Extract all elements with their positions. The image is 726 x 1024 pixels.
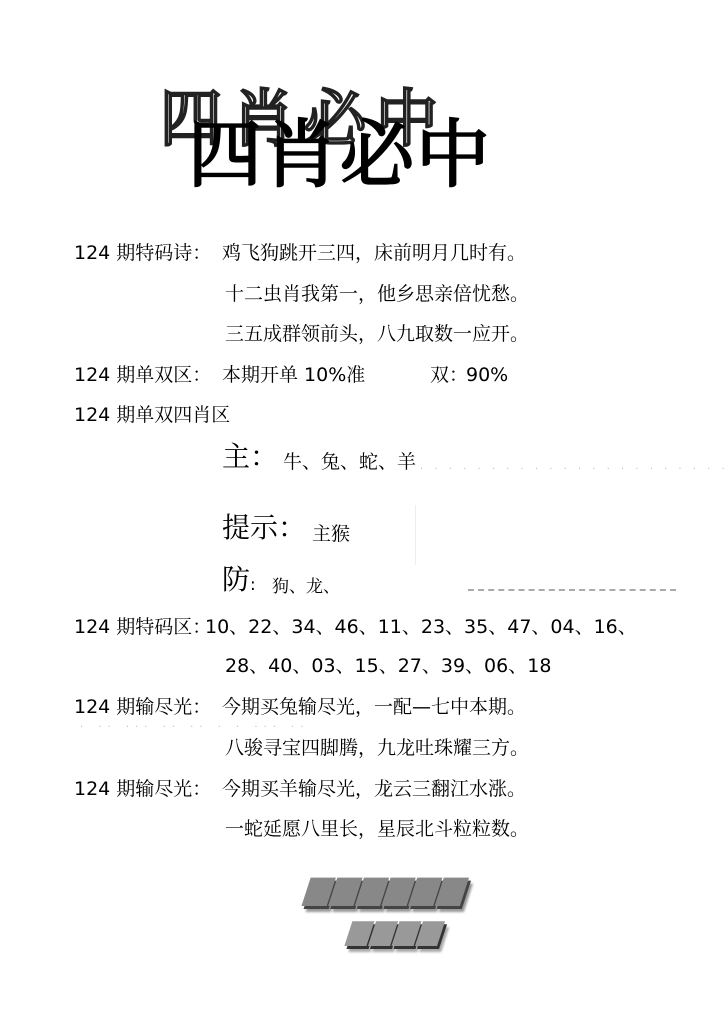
poem-line-2: 十二虫肖我第一，他乡思亲倍忧愁。 <box>225 285 529 304</box>
guard-label: : <box>250 575 256 595</box>
stamp-row-1: ▆▆▆▆▆▆ <box>302 868 474 906</box>
special-numbers-line-2: 28、40、03、15、27、39、06、18 <box>225 657 551 676</box>
hint-value: 主猴 <box>312 519 350 546</box>
main-values: 牛、兔、蛇、羊 <box>283 447 416 474</box>
lose-all-1-label: 124 期输尽光： <box>74 698 211 717</box>
faint-divider <box>415 505 416 565</box>
poem-line-1: 鸡飞狗跳开三四，床前明月几时有。 <box>222 244 526 263</box>
odd-even-text: 本期开单 10%准 <box>222 366 365 385</box>
special-numbers-label: 124 期特码区： <box>74 618 211 637</box>
lose-all-2-label: 124 期输尽光： <box>74 780 211 799</box>
poem-line-3: 三五成群领前头，八九取数一应开。 <box>225 325 529 344</box>
poem-label: 124 期特码诗： <box>74 244 211 263</box>
page-title: 四肖必中 <box>188 118 492 192</box>
guard-values: 狗、龙、 <box>272 572 340 597</box>
dashed-divider <box>468 589 676 595</box>
main-label: 主： <box>222 443 278 471</box>
lose-all-2-line-2: 一蛇延愿八里长，星辰北斗粒粒数。 <box>225 820 529 839</box>
lose-all-2-line-1: 今期买羊输尽光，龙云三翻江水涨。 <box>222 780 526 799</box>
lose-all-1-line-1: 今期买兔输尽光，一配—七中本期。 <box>222 698 526 717</box>
faint-marks: · · · · · · · · · · · · · · · · · · · · … <box>420 464 726 475</box>
decorative-stamp: ▆▆▆▆▆▆ ▆▆▆▆ <box>300 868 530 958</box>
hint-label: 提示： <box>222 514 306 542</box>
lose-all-1-line-2: 八骏寻宝四脚腾，九龙吐珠耀三方。 <box>225 739 529 758</box>
guard-label-char: 防 <box>222 566 250 594</box>
faint-marks-2: · ·· ··· ·· ·· · · ··· ·· <box>80 722 309 733</box>
odd-even-label: 124 期单双区： <box>74 366 211 385</box>
special-numbers-line-1: 10、22、34、46、11、23、35、47、04、16、 <box>205 618 637 637</box>
stamp-row-2: ▆▆▆▆ <box>345 913 450 946</box>
even-label: 双： <box>430 366 468 385</box>
four-zodiac-label: 124 期单双四肖区 <box>74 406 230 425</box>
even-value: 90% <box>466 366 508 385</box>
